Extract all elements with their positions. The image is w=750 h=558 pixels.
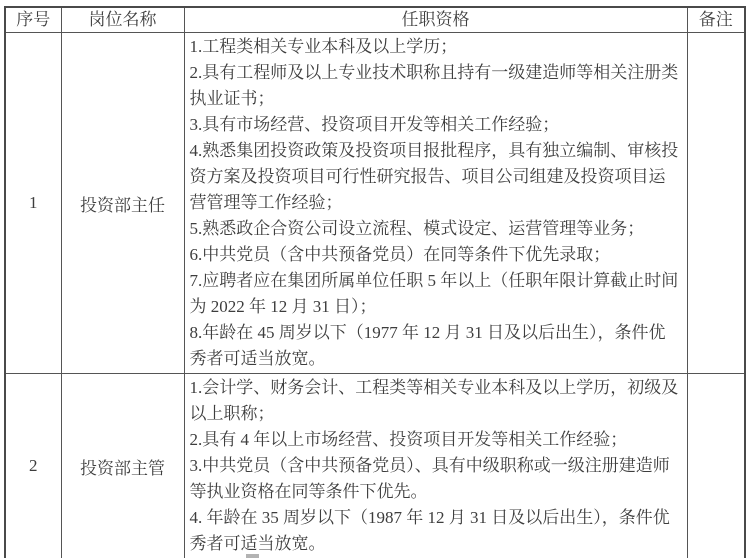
cropped-ui-fragment [246, 554, 259, 558]
qualifications-cell: 1.工程类相关专业本科及以上学历；2.具有工程师及以上专业技术职称且持有一级建造… [184, 33, 687, 374]
qualification-item: 7.应聘者应在集团所属单位任职 5 年以上（任职年限计算截止时间为 2022 年… [190, 268, 679, 320]
qualification-item: 2.具有工程师及以上专业技术职称且持有一级建造师等相关注册类执业证书； [190, 60, 679, 112]
column-header-seq: 序号 [5, 7, 61, 33]
qualification-item: 4. 年龄在 35 周岁以下（1987 年 12 月 31 日及以后出生），条件… [190, 505, 679, 557]
qualification-item: 6.中共党员（含中共预备党员）在同等条件下优先录取； [190, 242, 679, 268]
table-row: 1 投资部主任 1.工程类相关专业本科及以上学历；2.具有工程师及以上专业技术职… [5, 33, 745, 374]
qualification-item: 8.年龄在 45 周岁以下（1977 年 12 月 31 日及以后出生），条件优… [190, 320, 679, 372]
column-header-remark: 备注 [687, 7, 745, 33]
seq-cell: 2 [5, 374, 61, 558]
qualification-item: 5.熟悉政企合资公司设立流程、模式设定、运营管理等业务； [190, 216, 679, 242]
column-header-position: 岗位名称 [61, 7, 184, 33]
position-cell: 投资部主任 [61, 33, 184, 374]
qualification-item: 1.工程类相关专业本科及以上学历； [190, 34, 679, 60]
qualification-item: 2.具有 4 年以上市场经营、投资项目开发等相关工作经验； [190, 427, 679, 453]
qualification-item: 3.具有市场经营、投资项目开发等相关工作经验； [190, 112, 679, 138]
qualification-item: 3.中共党员（含中共预备党员）、具有中级职称或一级注册建造师等执业资格在同等条件… [190, 453, 679, 505]
position-cell: 投资部主管 [61, 374, 184, 558]
column-header-qualifications: 任职资格 [184, 7, 687, 33]
document-table-container: 序号 岗位名称 任职资格 备注 1 投资部主任 1.工程类相关专业本科及以上学历… [4, 6, 746, 558]
qualifications-cell: 1.会计学、财务会计、工程类等相关专业本科及以上学历，初级及以上职称；2.具有 … [184, 374, 687, 558]
seq-cell: 1 [5, 33, 61, 374]
qualification-item: 4.熟悉集团投资政策及投资项目报批程序，具有独立编制、审核投资方案及投资项目可行… [190, 138, 679, 216]
qualification-item: 1.会计学、财务会计、工程类等相关专业本科及以上学历，初级及以上职称； [190, 375, 679, 427]
remark-cell [687, 33, 745, 374]
table-row: 2 投资部主管 1.会计学、财务会计、工程类等相关专业本科及以上学历，初级及以上… [5, 374, 745, 558]
header-row: 序号 岗位名称 任职资格 备注 [5, 7, 745, 33]
job-qualifications-table: 序号 岗位名称 任职资格 备注 1 投资部主任 1.工程类相关专业本科及以上学历… [4, 6, 746, 558]
remark-cell [687, 374, 745, 558]
